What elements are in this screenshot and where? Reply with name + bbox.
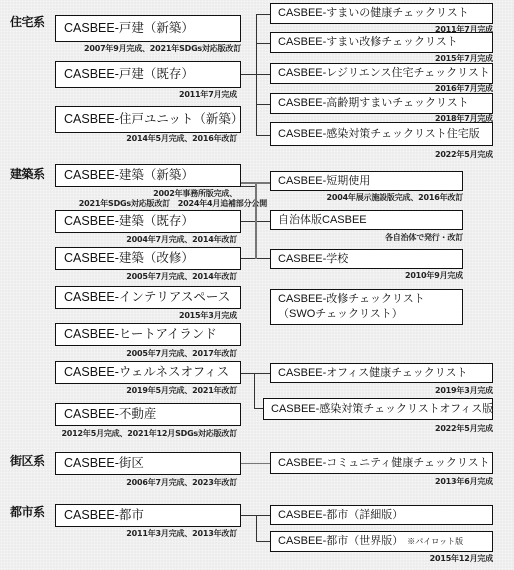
box-label: CASBEE-インテリアスペース (64, 291, 230, 304)
city-main-box: CASBEE-都市 (55, 504, 241, 527)
housing-main-box: CASBEE-戸建（新築） (55, 15, 241, 42)
box-label: CASBEE-建築（既存） (64, 215, 194, 228)
housing-sub-note: 2022年5月完成 (435, 149, 493, 160)
building-sub-box: CASBEE-短期使用 (270, 171, 463, 191)
connector (256, 74, 270, 75)
housing-sub-box: CASBEE-レジリエンス住宅チェックリスト (270, 63, 493, 84)
building-main-note: 2015年3月完成 (179, 310, 237, 321)
building-main-box: CASBEE-不動産 (55, 403, 241, 426)
box-label: CASBEE-レジリエンス住宅チェックリスト (278, 68, 490, 79)
building-main-box: CASBEE-建築（改修） (55, 247, 241, 270)
connector (241, 515, 256, 516)
connector (241, 373, 255, 374)
building-sub-note: 2010年9月完成 (405, 270, 463, 281)
category-district: 街区系 (10, 452, 45, 469)
building-main-box: CASBEE-インテリアスペース (55, 286, 241, 309)
building-main-box: CASBEE-ウェルネスオフィス (55, 361, 241, 384)
connector (255, 183, 257, 259)
connector (256, 14, 270, 15)
city-main-note: 2011年3月完成、2013年改訂 (126, 528, 237, 539)
district-main-box: CASBEE-街区 (55, 452, 241, 475)
box-label: CASBEE-建築（新築） (64, 169, 194, 182)
box-label: CASBEE-すまいの健康チェックリスト (278, 8, 469, 19)
box-label: CASBEE-感染対策チェックリストオフィス版 (271, 404, 493, 415)
building-main-note: 2005年7月完成、2014年改訂 (126, 271, 237, 282)
building-sub-note: 2004年展示施設版完成、2016年改訂 (326, 192, 463, 203)
box-label: CASBEE-ウェルネスオフィス (64, 366, 229, 379)
box-label: CASBEE-戸建（既存） (64, 68, 194, 81)
box-label: CASBEE-感染対策チェックリスト住宅版 (278, 129, 480, 140)
housing-main-note: 2011年7月完成 (179, 89, 237, 100)
box-label: CASBEE-改修チェックリスト (278, 292, 425, 307)
city-sub-note: 2015年12月完成 (430, 553, 493, 564)
connector (241, 463, 271, 464)
connector (241, 74, 256, 75)
pilot-note: ※パイロット版 (407, 538, 463, 546)
connector (256, 43, 270, 44)
box-label: CASBEE-ヒートアイランド (64, 328, 217, 341)
building-sub-note: 2022年5月完成 (435, 423, 493, 434)
building-sub-box: CASBEE-オフィス健康チェックリスト (270, 363, 493, 383)
building-main-note: 2021年SDGs対応版改訂 2024年4月追補部分公開 (79, 198, 267, 209)
box-label: 自治体版CASBEE (278, 215, 367, 226)
building-sub-box: CASBEE-改修チェックリスト （SWOチェックリスト） (270, 289, 463, 325)
box-label: CASBEE-戸建（新築） (64, 22, 194, 35)
connector (256, 135, 270, 136)
box-label: CASBEE-短期使用 (278, 176, 370, 187)
connector (241, 186, 256, 187)
housing-main-note: 2007年9月完成、2021年SDGs対応版改訂 (84, 43, 241, 54)
housing-main-box: CASBEE-住戸ユニット（新築） (55, 106, 241, 133)
building-sub-note: 各自治体で発行・改訂 (385, 232, 463, 243)
housing-sub-box: CASBEE-高齢期すまいチェックリスト (270, 93, 493, 114)
box-label: CASBEE-住戸ユニット（新築） (64, 113, 241, 126)
building-main-note: 2004年7月完成、2014年改訂 (126, 234, 237, 245)
district-main-note: 2006年7月完成、2023年改訂 (126, 477, 237, 488)
building-sub-box: 自治体版CASBEE (270, 210, 463, 230)
building-main-note: 2019年5月完成、2021年改訂 (126, 385, 237, 396)
box-label: CASBEE-都市 (64, 509, 144, 522)
housing-sub-box: CASBEE-感染対策チェックリスト住宅版 (270, 122, 493, 146)
building-main-box: CASBEE-ヒートアイランド (55, 323, 241, 346)
building-main-box: CASBEE-建築（既存） (55, 210, 241, 233)
building-sub-box: CASBEE-学校 (270, 249, 463, 269)
category-building: 建築系 (10, 165, 45, 182)
connector (256, 515, 257, 542)
city-sub-box: CASBEE-都市（詳細版） (270, 505, 493, 525)
box-label: CASBEE-高齢期すまいチェックリスト (278, 98, 469, 109)
housing-sub-box: CASBEE-すまいの健康チェックリスト (270, 3, 493, 24)
box-label: （SWOチェックリスト） (278, 307, 403, 322)
city-sub-box: CASBEE-都市（世界版） ※パイロット版 (270, 531, 493, 552)
housing-main-note: 2014年5月完成、2016年改訂 (126, 133, 237, 144)
connector (254, 408, 263, 409)
connector (256, 104, 270, 105)
connector (256, 515, 270, 516)
housing-main-box: CASBEE-戸建（既存） (55, 61, 241, 88)
building-main-note: 2012年5月完成、2021年12月SDGs対応版改訂 (61, 428, 237, 439)
district-sub-note: 2013年6月完成 (435, 476, 493, 487)
building-sub-note: 2019年3月完成 (435, 385, 493, 396)
connector (254, 373, 270, 374)
connector (254, 373, 255, 408)
box-label: CASBEE-建築（改修） (64, 252, 194, 265)
box-label: CASBEE-すまい改修チェックリスト (278, 37, 458, 48)
category-housing: 住宅系 (10, 13, 45, 30)
building-main-note: 2005年7月完成、2017年改訂 (126, 348, 237, 359)
box-label: CASBEE-街区 (64, 457, 144, 470)
box-label: CASBEE-都市（詳細版） (278, 510, 403, 521)
box-label: CASBEE-不動産 (64, 408, 156, 421)
building-sub-box: CASBEE-感染対策チェックリストオフィス版 (263, 398, 493, 420)
category-city: 都市系 (10, 503, 45, 520)
box-label: CASBEE-オフィス健康チェックリスト (278, 368, 468, 379)
box-label: CASBEE-学校 (278, 254, 348, 265)
connector (256, 541, 270, 542)
box-label: CASBEE-都市（世界版） (278, 536, 403, 547)
building-main-box: CASBEE-建築（新築） (55, 164, 241, 187)
housing-sub-box: CASBEE-すまい改修チェックリスト (270, 32, 493, 53)
box-label: CASBEE-コミュニティ健康チェックリスト (278, 458, 490, 469)
district-sub-box: CASBEE-コミュニティ健康チェックリスト (270, 452, 493, 474)
